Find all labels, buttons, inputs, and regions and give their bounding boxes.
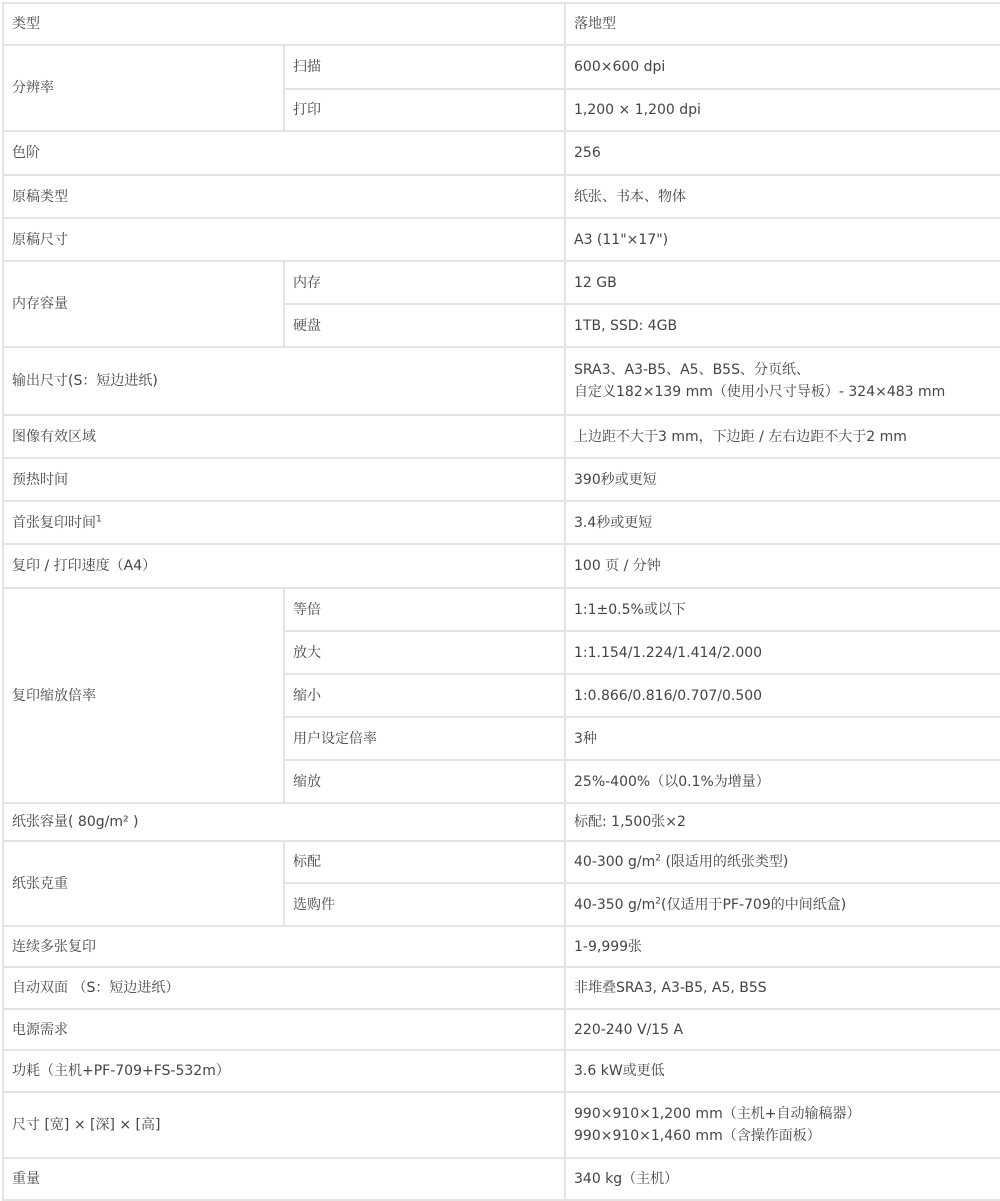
spec-sublabel: 内存 bbox=[284, 261, 565, 304]
spec-row-multi-copy: 连续多张复印 1-9,999张 bbox=[3, 926, 1000, 967]
spec-row-memory: 内存容量 内存 12 GB bbox=[3, 261, 1000, 304]
spec-label: 自动双面 （S：短边进纸） bbox=[3, 967, 565, 1009]
spec-value: 340 kg（主机） bbox=[565, 1158, 1000, 1200]
spec-value: 990×910×1,200 mm（主机+自动输稿器） 990×910×1,460… bbox=[565, 1092, 1000, 1158]
spec-row-warmup: 预热时间 390秒或更短 bbox=[3, 458, 1000, 501]
spec-label: 复印缩放倍率 bbox=[3, 588, 284, 803]
spec-row-speed: 复印 / 打印速度（A4） 100 页 / 分钟 bbox=[3, 544, 1000, 588]
spec-value: 非堆叠SRA3, A3-B5, A5, B5S bbox=[565, 967, 1000, 1009]
spec-label: 色阶 bbox=[3, 131, 565, 175]
spec-label: 原稿尺寸 bbox=[3, 218, 565, 261]
spec-value: 220-240 V/15 A bbox=[565, 1009, 1000, 1050]
spec-value: 1-9,999张 bbox=[565, 926, 1000, 967]
spec-value: 3.4秒或更短 bbox=[565, 501, 1000, 544]
spec-label: 重量 bbox=[3, 1158, 565, 1200]
spec-value: A3 (11"×17") bbox=[565, 218, 1000, 261]
spec-label: 分辨率 bbox=[3, 45, 284, 131]
spec-label: 输出尺寸(S：短边进纸) bbox=[3, 347, 565, 415]
spec-value: 25%-400%（以0.1%为增量） bbox=[565, 760, 1000, 803]
spec-label: 纸张克重 bbox=[3, 841, 284, 926]
spec-label: 内存容量 bbox=[3, 261, 284, 347]
spec-row-dimensions: 尺寸 [宽] × [深] × [高] 990×910×1,200 mm（主机+自… bbox=[3, 1092, 1000, 1158]
footnote-marker: 1 bbox=[96, 514, 102, 524]
spec-table: 类型 落地型 分辨率 扫描 600×600 dpi 打印 1,200 × 1,2… bbox=[2, 2, 1000, 1200]
spec-label: 类型 bbox=[3, 3, 565, 45]
spec-value: 600×600 dpi bbox=[565, 45, 1000, 89]
spec-value: 40-300 g/m2 (限适用的纸张类型) bbox=[565, 841, 1000, 883]
spec-label: 功耗（主机+PF-709+FS-532m） bbox=[3, 1050, 565, 1092]
spec-sublabel: 标配 bbox=[284, 841, 565, 883]
spec-value: 1:1±0.5%或以下 bbox=[565, 588, 1000, 631]
spec-label: 首张复印时间1 bbox=[3, 501, 565, 544]
spec-sublabel: 硬盘 bbox=[284, 304, 565, 347]
spec-value: 1,200 × 1,200 dpi bbox=[565, 89, 1000, 131]
spec-sublabel: 放大 bbox=[284, 631, 565, 674]
spec-value: 40-350 g/m2(仅适用于PF-709的中间纸盒) bbox=[565, 883, 1000, 926]
spec-label: 复印 / 打印速度（A4） bbox=[3, 544, 565, 588]
spec-value-line: 990×910×1,200 mm（主机+自动输稿器） bbox=[574, 1103, 992, 1125]
spec-sublabel: 打印 bbox=[284, 89, 565, 131]
spec-row-original-size: 原稿尺寸 A3 (11"×17") bbox=[3, 218, 1000, 261]
spec-sublabel: 选购件 bbox=[284, 883, 565, 926]
spec-value-line: 990×910×1,460 mm（含操作面板） bbox=[574, 1125, 992, 1147]
spec-label: 纸张容量( 80g/m² ) bbox=[3, 803, 565, 841]
spec-value: 落地型 bbox=[565, 3, 1000, 45]
spec-value: 1TB, SSD: 4GB bbox=[565, 304, 1000, 347]
spec-value: 上边距不大于3 mm，下边距 / 左右边距不大于2 mm bbox=[565, 415, 1000, 458]
spec-label: 连续多张复印 bbox=[3, 926, 565, 967]
spec-row-type: 类型 落地型 bbox=[3, 3, 1000, 45]
spec-row-output-size: 输出尺寸(S：短边进纸) SRA3、A3-B5、A5、B5S、分页纸、 自定义1… bbox=[3, 347, 1000, 415]
spec-row-power: 电源需求 220-240 V/15 A bbox=[3, 1009, 1000, 1050]
spec-row-resolution: 分辨率 扫描 600×600 dpi bbox=[3, 45, 1000, 89]
spec-value-line: SRA3、A3-B5、A5、B5S、分页纸、 bbox=[574, 359, 992, 381]
spec-value: 256 bbox=[565, 131, 1000, 175]
spec-row-original-type: 原稿类型 纸张、书本、物体 bbox=[3, 175, 1000, 218]
spec-value: 纸张、书本、物体 bbox=[565, 175, 1000, 218]
spec-value: 标配: 1,500张×2 bbox=[565, 803, 1000, 841]
spec-label: 电源需求 bbox=[3, 1009, 565, 1050]
spec-value: 3.6 kW或更低 bbox=[565, 1050, 1000, 1092]
spec-row-duplex: 自动双面 （S：短边进纸） 非堆叠SRA3, A3-B5, A5, B5S bbox=[3, 967, 1000, 1009]
spec-value: 390秒或更短 bbox=[565, 458, 1000, 501]
spec-value: 100 页 / 分钟 bbox=[565, 544, 1000, 588]
spec-value: 12 GB bbox=[565, 261, 1000, 304]
spec-row-gradation: 色阶 256 bbox=[3, 131, 1000, 175]
spec-row-consumption: 功耗（主机+PF-709+FS-532m） 3.6 kW或更低 bbox=[3, 1050, 1000, 1092]
spec-sublabel: 等倍 bbox=[284, 588, 565, 631]
spec-value: 1:1.154/1.224/1.414/2.000 bbox=[565, 631, 1000, 674]
spec-row-zoom: 复印缩放倍率 等倍 1:1±0.5%或以下 bbox=[3, 588, 1000, 631]
spec-value-line: 自定义182×139 mm（使用小尺寸导板）- 324×483 mm bbox=[574, 381, 992, 403]
spec-row-paper-capacity: 纸张容量( 80g/m² ) 标配: 1,500张×2 bbox=[3, 803, 1000, 841]
spec-value: 3种 bbox=[565, 717, 1000, 760]
spec-label: 预热时间 bbox=[3, 458, 565, 501]
spec-row-first-copy: 首张复印时间1 3.4秒或更短 bbox=[3, 501, 1000, 544]
spec-row-image-area: 图像有效区域 上边距不大于3 mm，下边距 / 左右边距不大于2 mm bbox=[3, 415, 1000, 458]
spec-value: SRA3、A3-B5、A5、B5S、分页纸、 自定义182×139 mm（使用小… bbox=[565, 347, 1000, 415]
spec-sublabel: 缩小 bbox=[284, 674, 565, 717]
spec-sublabel: 扫描 bbox=[284, 45, 565, 89]
spec-label: 图像有效区域 bbox=[3, 415, 565, 458]
spec-row-weight: 重量 340 kg（主机） bbox=[3, 1158, 1000, 1200]
spec-sublabel: 用户设定倍率 bbox=[284, 717, 565, 760]
spec-value: 1:0.866/0.816/0.707/0.500 bbox=[565, 674, 1000, 717]
spec-row-paper-weight: 纸张克重 标配 40-300 g/m2 (限适用的纸张类型) bbox=[3, 841, 1000, 883]
spec-label: 尺寸 [宽] × [深] × [高] bbox=[3, 1092, 565, 1158]
spec-label: 原稿类型 bbox=[3, 175, 565, 218]
spec-sublabel: 缩放 bbox=[284, 760, 565, 803]
